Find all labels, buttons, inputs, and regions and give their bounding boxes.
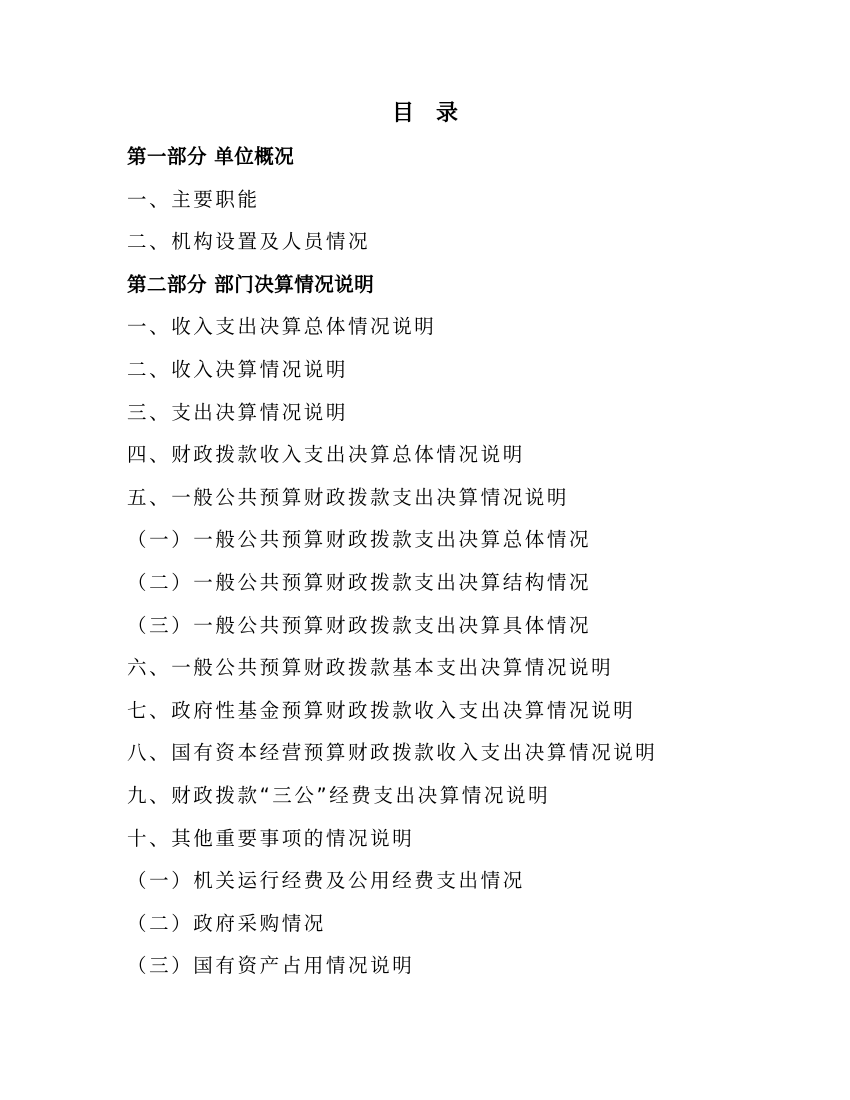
toc-subitem-general-budget-details[interactable]: （三）一般公共预算财政拨款支出决算具体情况 <box>127 610 657 653</box>
toc-part-1[interactable]: 第一部分 单位概况 <box>127 141 657 184</box>
toc-item-overall-income-expense[interactable]: 一、收入支出决算总体情况说明 <box>127 311 657 354</box>
toc-title-char-1: 目 <box>392 101 414 126</box>
toc-item-income[interactable]: 二、收入决算情况说明 <box>127 354 657 397</box>
toc-subitem-government-procurement[interactable]: （二）政府采购情况 <box>127 908 657 951</box>
table-of-contents: 第一部分 单位概况 一、主要职能 二、机构设置及人员情况 第二部分 部门决算情况… <box>127 141 657 993</box>
toc-item-three-public-expenses[interactable]: 九、财政拨款“三公”经费支出决算情况说明 <box>127 780 657 823</box>
document-page: 目录 第一部分 单位概况 一、主要职能 二、机构设置及人员情况 第二部分 部门决… <box>0 0 850 1100</box>
toc-item-expense[interactable]: 三、支出决算情况说明 <box>127 397 657 440</box>
toc-subitem-operating-expenses[interactable]: （一）机关运行经费及公用经费支出情况 <box>127 865 657 908</box>
toc-title-char-2: 录 <box>436 101 458 126</box>
toc-subitem-general-budget-structure[interactable]: （二）一般公共预算财政拨款支出决算结构情况 <box>127 567 657 610</box>
toc-item-state-capital-budget[interactable]: 八、国有资本经营预算财政拨款收入支出决算情况说明 <box>127 737 657 780</box>
toc-item-other-important-matters[interactable]: 十、其他重要事项的情况说明 <box>127 823 657 866</box>
toc-subitem-general-budget-overall[interactable]: （一）一般公共预算财政拨款支出决算总体情况 <box>127 524 657 567</box>
toc-subitem-state-assets[interactable]: （三）国有资产占用情况说明 <box>127 950 657 993</box>
toc-item-general-budget-basic-expense[interactable]: 六、一般公共预算财政拨款基本支出决算情况说明 <box>127 652 657 695</box>
toc-title: 目录 <box>0 98 850 130</box>
toc-part-2[interactable]: 第二部分 部门决算情况说明 <box>127 269 657 312</box>
toc-item-fiscal-appropriation-overall[interactable]: 四、财政拨款收入支出决算总体情况说明 <box>127 439 657 482</box>
toc-item-organization-staffing[interactable]: 二、机构设置及人员情况 <box>127 226 657 269</box>
toc-item-main-functions[interactable]: 一、主要职能 <box>127 184 657 227</box>
toc-item-government-fund-budget[interactable]: 七、政府性基金预算财政拨款收入支出决算情况说明 <box>127 695 657 738</box>
toc-item-general-budget-expense[interactable]: 五、一般公共预算财政拨款支出决算情况说明 <box>127 482 657 525</box>
